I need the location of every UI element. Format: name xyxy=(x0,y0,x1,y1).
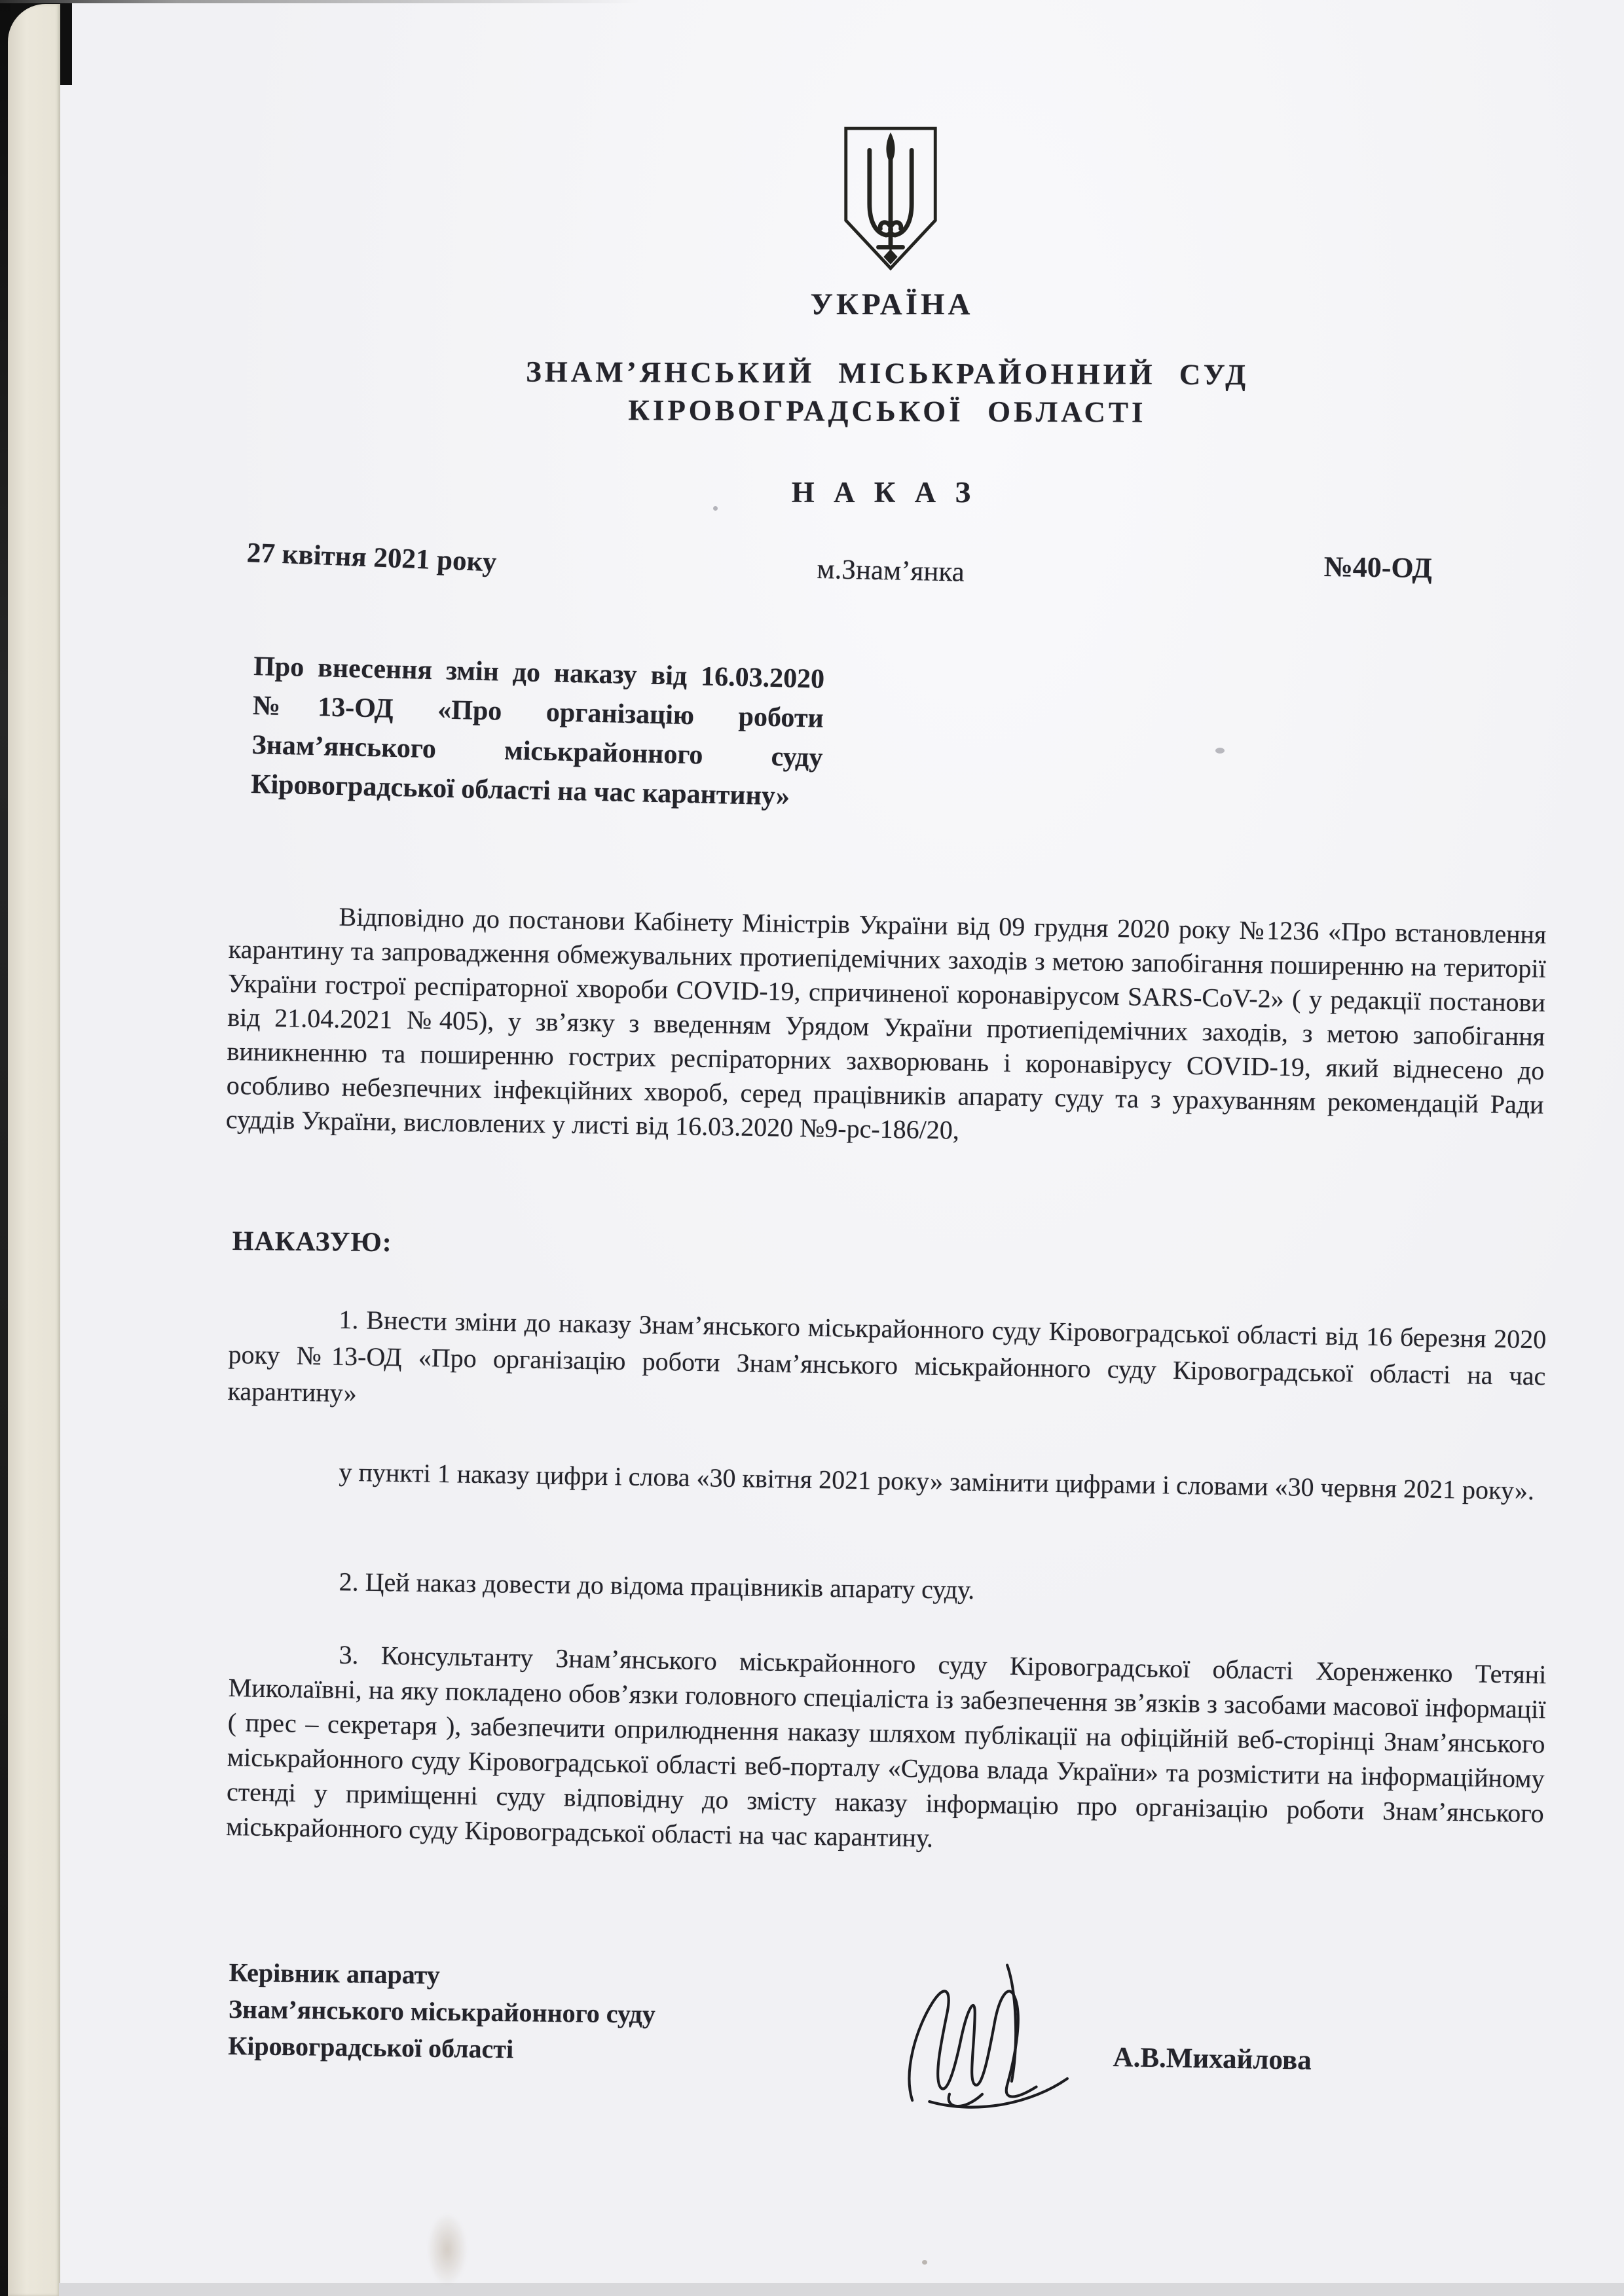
order-preamble: Відповідно до постанови Кабінету Міністр… xyxy=(226,898,1547,1156)
court-name: ЗНАМ’ЯНСЬКИЙ МІСЬКРАЙОННИЙ СУД КІРОВОГРА… xyxy=(354,352,1421,432)
order-item-3: 3. Консультанту Знам’янського міськрайон… xyxy=(226,1635,1547,1865)
order-item-2: 2. Цей наказ довести до відома працівник… xyxy=(229,1563,1547,1614)
order-number: №40-ОД xyxy=(1323,550,1432,585)
signatory-position-line2: Знам’янського міськрайонного суду xyxy=(229,1991,655,2033)
scan-top-edge xyxy=(0,0,982,3)
order-item-1: 1. Внести зміни до наказу Знам’янського … xyxy=(227,1300,1547,1431)
court-name-line1: ЗНАМ’ЯНСЬКИЙ МІСЬКРАЙОННИЙ СУД xyxy=(354,352,1421,394)
scan-bottom-edge xyxy=(59,2283,1624,2296)
signatory-name: А.В.Михайлова xyxy=(1113,2041,1312,2077)
ukraine-trident-emblem xyxy=(840,123,942,274)
scan-speck xyxy=(1215,748,1225,754)
signatory-position-line1: Керівник апарату xyxy=(229,1954,655,1996)
signatory-position-line3: Кіровоградської області xyxy=(228,2028,655,2069)
order-item-1-amendment: у пункті 1 наказу цифри і слова «30 квіт… xyxy=(229,1452,1547,1509)
order-place: м.Знам’янка xyxy=(817,553,965,589)
paper-smudge xyxy=(427,2213,468,2286)
country-title: УКРАЇНА xyxy=(741,287,1043,322)
order-heading: НАКАЗУЮ: xyxy=(232,1226,392,1258)
court-name-line2: КІРОВОГРАДСЬКОЇ ОБЛАСТІ xyxy=(354,390,1421,432)
handwritten-signature xyxy=(881,1928,1094,2141)
document-type-heading: Н А К А З xyxy=(681,475,1087,509)
signatory-position: Керівник апарату Знам’янського міськрайо… xyxy=(228,1954,656,2069)
order-subject: Про внесення змін до наказу від 16.03.20… xyxy=(251,647,825,817)
scan-speck xyxy=(922,2260,927,2265)
scan-speck xyxy=(713,506,718,511)
underlying-paper-sheet xyxy=(8,4,60,2296)
order-date: 27 квітня 2021 року xyxy=(246,537,497,579)
scanned-court-order-page: УКРАЇНА ЗНАМ’ЯНСЬКИЙ МІСЬКРАЙОННИЙ СУД К… xyxy=(0,0,1624,2296)
